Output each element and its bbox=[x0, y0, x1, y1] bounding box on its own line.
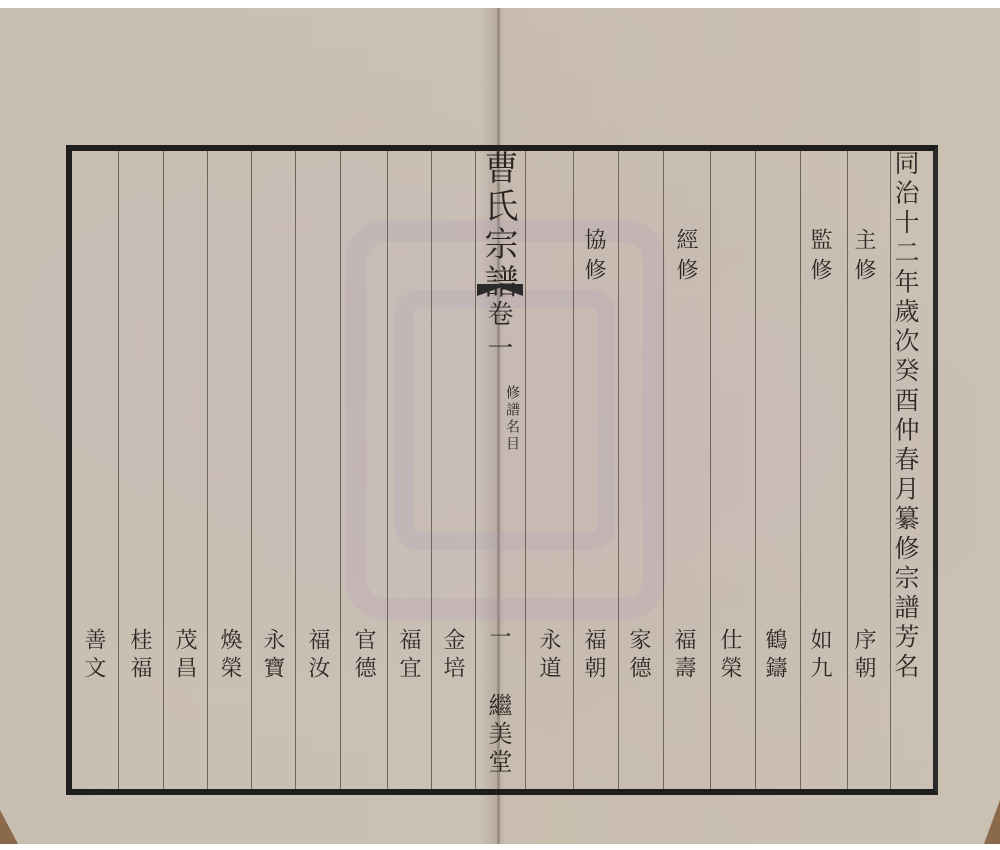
column-rule bbox=[207, 151, 208, 789]
name-entry: 永道 bbox=[537, 628, 559, 684]
column-rule bbox=[710, 151, 711, 789]
role-chief-editor: 主修 bbox=[852, 228, 874, 288]
name-entry: 福壽 bbox=[672, 628, 694, 684]
column-rule bbox=[663, 151, 664, 789]
column-rule bbox=[118, 151, 119, 789]
name-entry: 福宜 bbox=[397, 628, 419, 684]
column-rule bbox=[251, 151, 252, 789]
name-entry: 福朝 bbox=[582, 628, 604, 684]
name-entry: 家德 bbox=[627, 628, 649, 684]
name-entry: 永寶 bbox=[261, 628, 283, 684]
column-rule bbox=[755, 151, 756, 789]
name-entry: 善文 bbox=[82, 628, 104, 684]
name-entry: 序朝 bbox=[852, 628, 874, 684]
name-entry: 鶴鑄 bbox=[763, 628, 785, 684]
column-rule bbox=[618, 151, 619, 789]
column-rule bbox=[573, 151, 574, 789]
column-rule bbox=[525, 151, 526, 789]
column-rule bbox=[847, 151, 848, 789]
column-rule bbox=[340, 151, 341, 789]
column-rule bbox=[295, 151, 296, 789]
column-rule bbox=[163, 151, 164, 789]
name-entry: 仕榮 bbox=[718, 628, 740, 684]
volume-label: 卷一 bbox=[485, 300, 511, 368]
book-title: 曹氏宗譜 bbox=[481, 150, 515, 302]
column-rule bbox=[475, 151, 476, 789]
hall-name: 繼美堂 bbox=[486, 693, 510, 777]
name-entry: 煥榮 bbox=[218, 628, 240, 684]
name-entry: 桂福 bbox=[128, 628, 150, 684]
name-entry: 如九 bbox=[808, 628, 830, 684]
column-rule bbox=[387, 151, 388, 789]
name-entry: 福汝 bbox=[306, 628, 328, 684]
column-rule bbox=[431, 151, 432, 789]
page-corner bbox=[0, 810, 18, 844]
role-supervisor: 監修 bbox=[808, 228, 830, 288]
section-label: 修譜名目 bbox=[505, 385, 519, 453]
role-manager: 經修 bbox=[674, 228, 696, 288]
compilation-date-heading: 同治十二年歲次癸酉仲春月纂修宗譜芳名 bbox=[893, 150, 918, 683]
column-rule bbox=[800, 151, 801, 789]
name-entry: 茂昌 bbox=[173, 628, 195, 684]
name-entry: 官德 bbox=[352, 628, 374, 684]
name-entry: 金培 bbox=[441, 628, 463, 684]
page-corner bbox=[984, 800, 1000, 844]
page-number: 一 bbox=[487, 625, 509, 651]
role-assistant: 協修 bbox=[582, 228, 604, 288]
